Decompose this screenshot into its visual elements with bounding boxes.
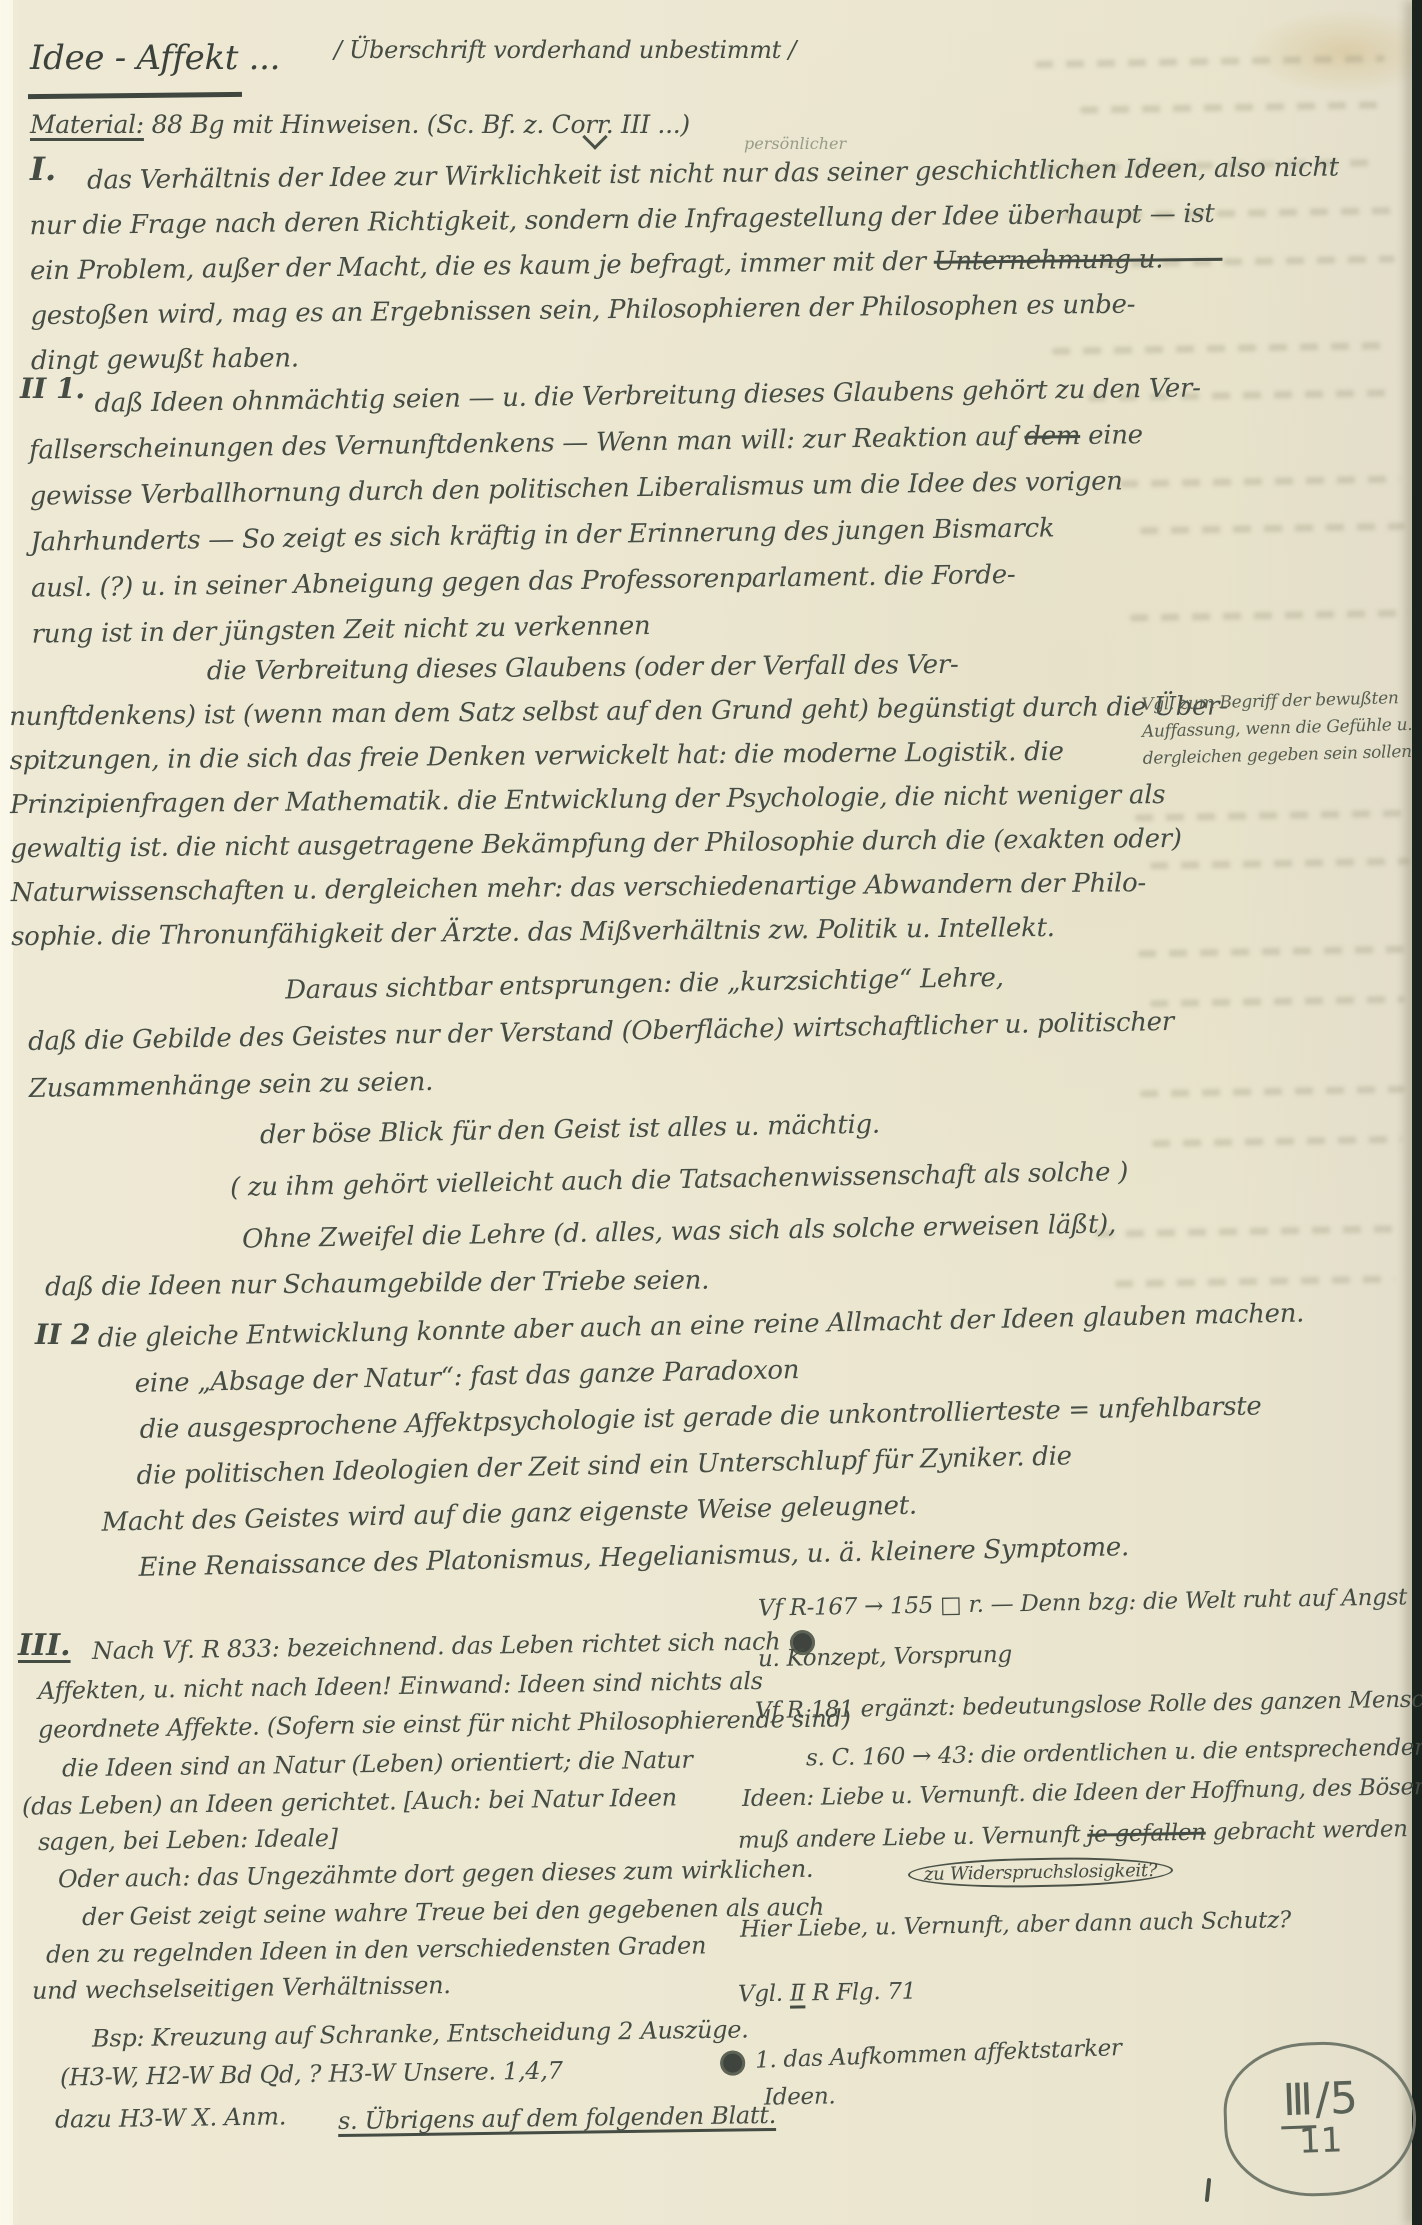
- margin-note: Vgl. zum Begriff der bewußten Auffassung…: [1141, 684, 1422, 773]
- text-line: Ideen.: [764, 2083, 836, 2110]
- text-line: geordnete Affekte. (Sofern sie einst für…: [38, 1704, 851, 1743]
- struck-text: Unternehmung u. ——: [934, 244, 1223, 277]
- encircled-note: zu Widerspruchslosigkeit?: [908, 1860, 1174, 1886]
- text-line: den zu regelnden Ideen in den verschiede…: [46, 1931, 706, 1968]
- ghost-bleed-line: [1115, 1276, 1395, 1288]
- scan-dark-edge: [1412, 0, 1422, 2225]
- material-label: Material:: [30, 110, 144, 139]
- ghost-bleed-line: [1080, 101, 1380, 113]
- section-marker-2-2: II 2: [35, 1318, 90, 1351]
- text-line: sagen, bei Leben: Ideale]: [38, 1824, 338, 1856]
- text-line: 1. das Aufkommen affektstarker: [720, 2035, 1122, 2076]
- section-1-paragraph: das Verhältnis der Idee zur Wirklichkeit…: [29, 145, 1411, 384]
- text-line: (H3-W, H2-W Bd Qd, ? H3-W Unsere. 1,4,7: [60, 2056, 563, 2091]
- pen-tick-mark: [1205, 2178, 1211, 2202]
- text-line: s. C. 160 → 43: die ordentlichen u. die …: [806, 1735, 1422, 1772]
- paper-left-edge: [0, 0, 13, 2225]
- struck-text: je gefallen: [1087, 1820, 1206, 1848]
- struck-text: dem: [1024, 421, 1080, 452]
- section-marker-3: III.: [18, 1628, 71, 1663]
- stamp-signature: Ⅲ/5: [1280, 2077, 1359, 2124]
- title-underline: [28, 92, 242, 99]
- text-line: Nach Vf. R 833: bezeichnend. das Leben r…: [92, 1627, 816, 1665]
- ghost-bleed-line: [1035, 55, 1385, 68]
- text-line: (das Leben) an Ideen gerichtet. [Auch: b…: [22, 1783, 677, 1820]
- manuscript-page: Idee - Affekt ... / Überschrift vorderha…: [0, 0, 1422, 2225]
- lehre-paragraph: Daraus sichtbar entsprungen: die „kurzsi…: [27, 948, 1399, 1113]
- material-rest: 88 Bg mit Hinweisen. (Sc. Bf. z. Corr. I…: [144, 110, 690, 139]
- stamp-page-number: 11: [1298, 2121, 1343, 2160]
- ghost-bleed-line: [1152, 1136, 1402, 1147]
- title-annotation: / Überschrift vorderhand unbestimmt /: [334, 36, 796, 64]
- text-line: ( zu ihm gehört vielleicht auch die Tats…: [230, 1150, 1129, 1211]
- section-2-1-paragraph: daß Ideen ohnmächtig seien — u. die Verb…: [28, 362, 1417, 657]
- section-2-2-paragraph: die gleiche Entwicklung konnte aber auch…: [97, 1288, 1412, 1591]
- text-line: und wechselseitigen Verhältnissen.: [32, 1971, 451, 2005]
- text-line: u. Konzept, Vorsprung: [758, 1642, 1012, 1672]
- circled-10-marker-icon: [720, 2050, 746, 2076]
- text-line: dazu H3-W X. Anm.: [55, 2102, 286, 2133]
- text-line: Vf R 181 ergänzt: bedeutungslose Rolle d…: [755, 1686, 1422, 1724]
- text-line: muß andere Liebe u. Vernunft je gefallen…: [738, 1816, 1408, 1854]
- verbreitung-paragraph: die Verbreitung dieses Glaubens (oder de…: [9, 639, 1412, 959]
- text-line: Vf R-167 → 155 □ r. — Denn bzg: die Welt…: [758, 1584, 1407, 1621]
- page-title: Idee - Affekt ...: [30, 38, 280, 78]
- text-line: Ideen: Liebe u. Vernunft. die Ideen der …: [742, 1774, 1422, 1812]
- text-line-underlined: s. Übrigens auf dem folgenden Blatt.: [338, 2101, 776, 2135]
- text-line: die Ideen sind an Natur (Leben) orientie…: [62, 1746, 693, 1783]
- text-line: daß die Ideen nur Schaumgebilde der Trie…: [45, 1259, 710, 1311]
- text-line: der böse Blick für den Geist ist alles u…: [260, 1103, 881, 1159]
- text-line: Vgl. Ⅱ R Flg. 71: [738, 1978, 916, 2007]
- ghost-bleed-line: [1095, 1225, 1395, 1237]
- text-line: Affekten, u. nicht nach Ideen! Einwand: …: [38, 1667, 763, 1705]
- archive-stamp: Ⅲ/5 11: [1221, 2039, 1418, 2200]
- text-line: Oder auch: das Ungezähmte dort gegen die…: [58, 1855, 814, 1894]
- text-line: Ohne Zweifel die Lehre (d. alles, was si…: [242, 1202, 1117, 1262]
- text-line: Bsp: Kreuzung auf Schranke, Entscheidung…: [92, 2015, 749, 2052]
- text-line: der Geist zeigt seine wahre Treue bei de…: [82, 1893, 824, 1931]
